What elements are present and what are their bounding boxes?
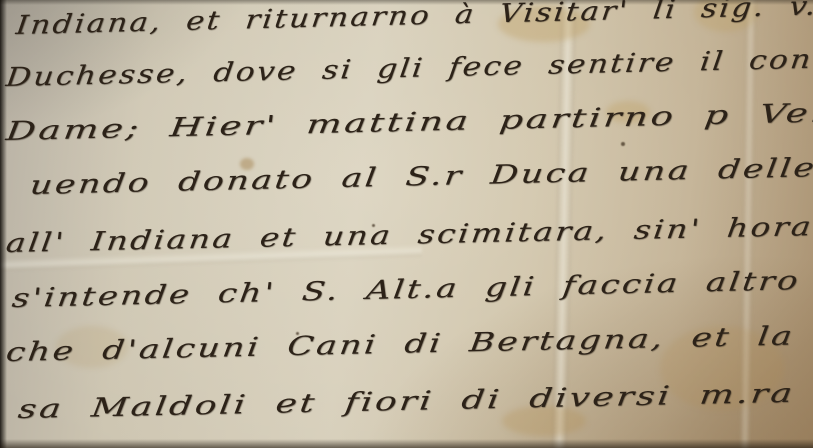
manuscript-photo: Indiana, et riturnarno à Visitar' li sig… bbox=[0, 0, 813, 448]
manuscript-line-5: all' Indiana et una scimitara, sin' hora… bbox=[4, 211, 813, 260]
manuscript-line-6: s'intende ch' S. Alt.a gli faccia altro … bbox=[10, 263, 813, 315]
manuscript-line-2: Duchesse, dove si gli fece sentire il co… bbox=[4, 41, 813, 94]
handwritten-text: Indiana, et riturnarno à Visitar' li sig… bbox=[0, 0, 813, 448]
manuscript-line-8: sa Maldoli et fiori di diversi m.ra di q… bbox=[16, 376, 813, 426]
manuscript-line-3: Dame; Hier' mattina partirno p Venetia h… bbox=[4, 95, 813, 148]
manuscript-line-7: che d'alcuni Cani di Bertagna, et la S.r… bbox=[4, 317, 813, 369]
manuscript-line-4: uendo donato al S.r Duca una delle lor' … bbox=[28, 149, 813, 202]
manuscript-line-1: Indiana, et riturnarno à Visitar' li sig… bbox=[14, 0, 813, 42]
